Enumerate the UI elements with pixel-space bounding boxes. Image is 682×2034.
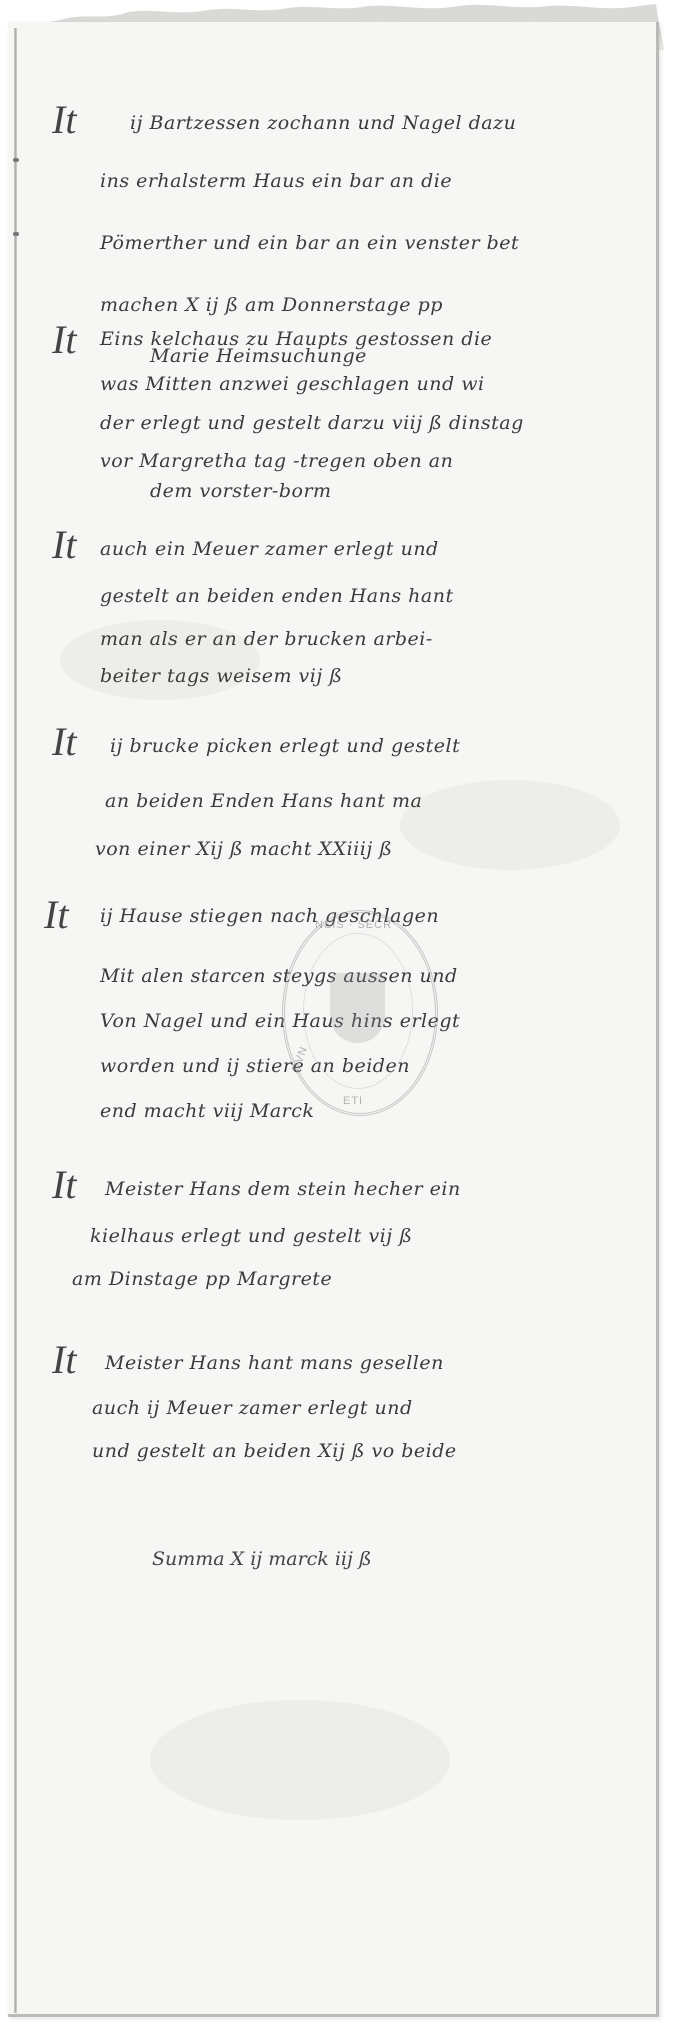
entry-line: end macht viij Marck — [100, 1100, 314, 1122]
entry-line: auch ij Meuer zamer erlegt und — [92, 1397, 413, 1419]
paper-stain — [400, 780, 620, 870]
item-mark: It — [52, 100, 76, 140]
entry-line: ij brucke picken erlegt und gestelt — [110, 735, 460, 757]
entry-line: Meister Hans dem stein hecher ein — [105, 1178, 461, 1200]
item-mark: It — [44, 895, 68, 935]
entry-line: von einer Xij ß macht XXiiij ß — [95, 838, 392, 860]
entry-line: der erlegt und gestelt darzu viij ß dins… — [100, 412, 524, 434]
entry-line: vor Margretha tag -tregen oben an — [100, 450, 453, 472]
entry-line: gestelt an beiden enden Hans hant — [100, 585, 454, 607]
binding-hole — [13, 232, 19, 236]
entry-line: an beiden Enden Hans hant ma — [105, 790, 422, 812]
lion-crest-icon — [330, 973, 385, 1043]
item-mark: It — [52, 320, 76, 360]
stamp-bottom-text: ETI — [343, 1095, 363, 1107]
stamp-top-text: NSIS · SECR — [315, 919, 392, 931]
entry-line: Eins kelchaus zu Haupts gestossen die — [100, 328, 492, 350]
item-mark: It — [52, 1165, 76, 1205]
entry-line: auch ein Meuer zamer erlegt und — [100, 538, 439, 560]
entry-line: ij Bartzessen zochann und Nagel dazu — [130, 112, 516, 134]
paper-stain — [150, 1700, 450, 1820]
item-mark: It — [52, 722, 76, 762]
item-mark: It — [52, 525, 76, 565]
archive-stamp: NSIS · SECR DVN ETI — [282, 910, 438, 1116]
entry-line: beiter tags weisem vij ß — [100, 665, 342, 687]
entry-line: Pömerther und ein bar an ein venster bet — [100, 232, 519, 254]
entry-line: dem vorster-borm — [150, 480, 332, 502]
entry-line: ins erhalsterm Haus ein bar an die — [100, 170, 452, 192]
binding-hole — [13, 158, 19, 162]
entry-line: kielhaus erlegt und gestelt vij ß — [90, 1225, 412, 1247]
entry-line: was Mitten anzwei geschlagen und wi — [100, 373, 485, 395]
entry-line: machen X ij ß am Donnerstage pp — [100, 294, 443, 316]
entry-line: Meister Hans hant mans gesellen — [105, 1352, 444, 1374]
entry-line: am Dinstage pp Margrete — [72, 1268, 332, 1290]
stamp-left-text: DVN — [290, 1045, 310, 1074]
binding-fold-line — [14, 28, 17, 2013]
entry-line: und gestelt an beiden Xij ß vo beide — [92, 1440, 457, 1462]
item-mark: It — [52, 1340, 76, 1380]
entry-line: man als er an der brucken arbei- — [100, 628, 433, 650]
summa-total: Summa X ij marck iij ß — [152, 1548, 372, 1570]
